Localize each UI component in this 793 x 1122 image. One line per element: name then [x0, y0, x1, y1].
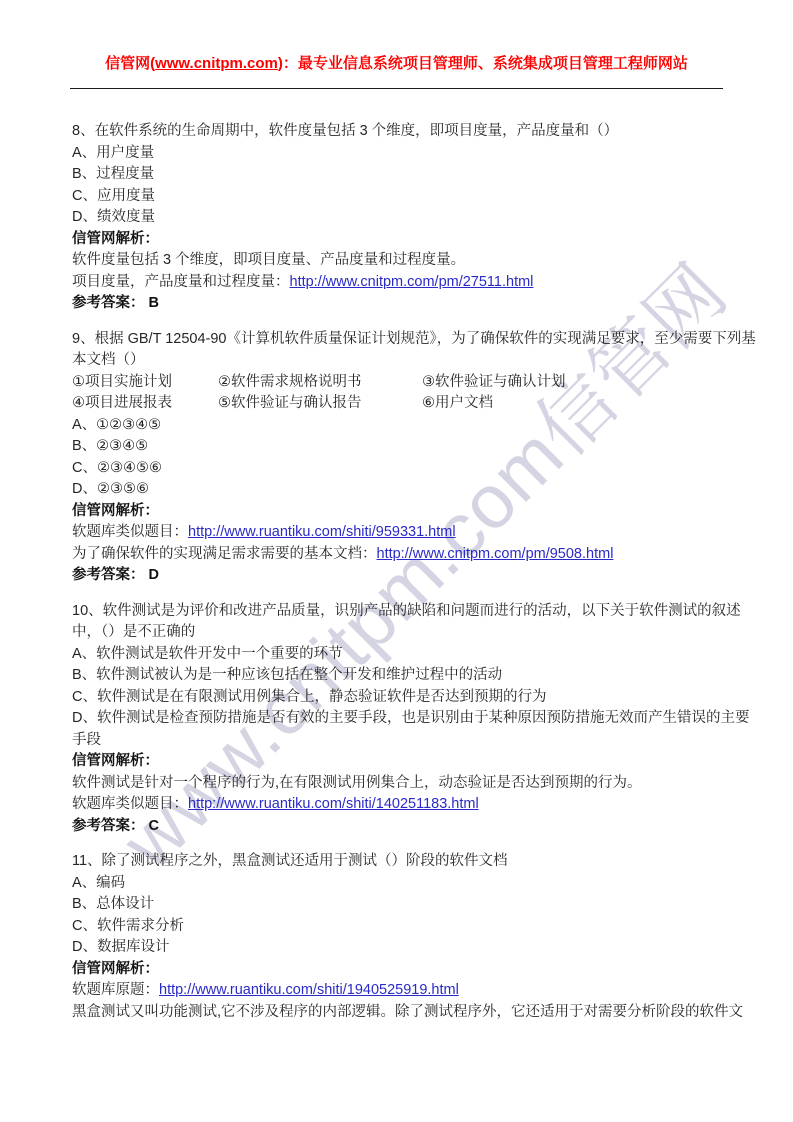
question-9-stem-line2: 本文档（） — [72, 350, 727, 372]
question-10-analysis-link-line: 软题库类似题目：http://www.ruantiku.com/shiti/14… — [72, 794, 727, 816]
hyperlink[interactable]: http://www.ruantiku.com/shiti/140251183.… — [188, 796, 479, 812]
bold-text: C — [149, 818, 159, 834]
question-11-option-c: C、软件需求分析 — [72, 916, 727, 938]
text: B、软件测试被认为是一种应该包括在整个开发和维护过程中的活动 — [72, 667, 502, 683]
text: C、软件需求分析 — [72, 918, 184, 934]
question-10-analysis-text: 软件测试是针对一个程序的行为,在有限测试用例集合上，动态验证是否达到预期的行为。 — [72, 773, 727, 795]
hyperlink[interactable]: http://www.ruantiku.com/shiti/1940525919… — [159, 982, 459, 998]
question-11-analysis-link-line: 软题库原题：http://www.ruantiku.com/shiti/1940… — [72, 980, 727, 1002]
text: 黑盒测试又叫功能测试,它不涉及程序的内部逻辑。除了测试程序外，它还适用于对需要分… — [72, 1004, 743, 1020]
question-9-analysis-link-line1: 软题库类似题目：http://www.ruantiku.com/shiti/95… — [72, 522, 727, 544]
header-banner: 信管网(www.cnitpm.com)：最专业信息系统项目管理师、系统集成项目管… — [0, 52, 793, 73]
question-10-option-b: B、软件测试被认为是一种应该包括在整个开发和维护过程中的活动 — [72, 665, 727, 687]
text: 手段 — [72, 732, 101, 748]
text: A、软件测试是软件开发中一个重要的环节 — [72, 646, 343, 662]
question-11-analysis-text: 黑盒测试又叫功能测试,它不涉及程序的内部逻辑。除了测试程序外，它还适用于对需要分… — [72, 1002, 727, 1024]
bold-text: 信管网解析： — [72, 231, 159, 247]
text: 8、在软件系统的生命周期中，软件度量包括 3 个维度，即项目度量，产品度量和（） — [72, 123, 618, 139]
question-8-option-b: B、过程度量 — [72, 164, 727, 186]
text: B、总体设计 — [72, 896, 154, 912]
text: A、用户度量 — [72, 145, 154, 161]
text: 11、除了测试程序之外，黑盒测试还适用于测试（）阶段的软件文档 — [72, 853, 508, 869]
question-9-option-d: D、②③⑤⑥ — [72, 479, 727, 501]
text: ③软件验证与确认计划 — [422, 372, 566, 394]
question-10-option-d-line2: 手段 — [72, 730, 727, 752]
text: ④项目进展报表 — [72, 393, 218, 415]
text: 软件度量包括 3 个维度，即项目度量、产品度量和过程度量。 — [72, 252, 465, 268]
text: C、②③④⑤⑥ — [72, 460, 162, 476]
text: 为了确保软件的实现满足需求需要的基本文档： — [72, 546, 377, 562]
text: D、②③⑤⑥ — [72, 481, 149, 497]
question-10-option-d-line1: D、软件测试是检查预防措施是否有效的主要手段，也是识别由于某种原因预防措施无效而… — [72, 708, 727, 730]
question-11-option-d: D、数据库设计 — [72, 937, 727, 959]
question-8-analysis-link-line: 项目度量，产品度量和过程度量：http://www.cnitpm.com/pm/… — [72, 272, 727, 294]
question-8-option-d: D、绩效度量 — [72, 207, 727, 229]
text: 软件测试是针对一个程序的行为,在有限测试用例集合上，动态验证是否达到预期的行为。 — [72, 775, 642, 791]
question-9: 9、根据 GB/T 12504-90《计算机软件质量保证计划规范》，为了确保软件… — [72, 329, 727, 587]
bold-text: B — [149, 295, 159, 311]
question-9-analysis-label: 信管网解析： — [72, 501, 727, 523]
question-10-answer-line: 参考答案： C — [72, 816, 727, 838]
question-list: 8、在软件系统的生命周期中，软件度量包括 3 个维度，即项目度量，产品度量和（）… — [72, 121, 727, 1023]
hyperlink[interactable]: http://www.cnitpm.com/pm/9508.html — [377, 546, 614, 562]
text: ②软件需求规格说明书 — [218, 372, 422, 394]
question-8-answer-line: 参考答案： B — [72, 293, 727, 315]
question-9-option-c: C、②③④⑤⑥ — [72, 458, 727, 480]
text: B、过程度量 — [72, 166, 154, 182]
question-8-analysis-text: 软件度量包括 3 个维度，即项目度量、产品度量和过程度量。 — [72, 250, 727, 272]
text: ①项目实施计划 — [72, 372, 218, 394]
text: A、编码 — [72, 875, 125, 891]
bold-text: 参考答案： — [72, 295, 145, 311]
question-11: 11、除了测试程序之外，黑盒测试还适用于测试（）阶段的软件文档A、编码B、总体设… — [72, 851, 727, 1023]
question-10-analysis-label: 信管网解析： — [72, 751, 727, 773]
header-suffix: )：最专业信息系统项目管理师、系统集成项目管理工程师网站 — [278, 55, 688, 72]
text: ⑤软件验证与确认报告 — [218, 393, 422, 415]
hyperlink[interactable]: http://www.ruantiku.com/shiti/959331.htm… — [188, 524, 456, 540]
text: 软题库类似题目： — [72, 524, 188, 540]
question-10-option-c: C、软件测试是在有限测试用例集合上，静态验证软件是否达到预期的行为 — [72, 687, 727, 709]
hyperlink[interactable]: http://www.cnitpm.com/pm/27511.html — [290, 274, 534, 290]
question-11-analysis-label: 信管网解析： — [72, 959, 727, 981]
question-8-analysis-label: 信管网解析： — [72, 229, 727, 251]
question-11-option-b: B、总体设计 — [72, 894, 727, 916]
question-9-stem-line1: 9、根据 GB/T 12504-90《计算机软件质量保证计划规范》，为了确保软件… — [72, 329, 727, 351]
bold-text: 信管网解析： — [72, 503, 159, 519]
text: 中，（）是不正确的 — [72, 624, 195, 640]
bold-text: D — [149, 567, 159, 583]
text: B、②③④⑤ — [72, 438, 148, 454]
question-9-answer-line: 参考答案： D — [72, 565, 727, 587]
question-8-option-c: C、应用度量 — [72, 186, 727, 208]
text: D、软件测试是检查预防措施是否有效的主要手段，也是识别由于某种原因预防措施无效而… — [72, 710, 749, 726]
bold-text: 信管网解析： — [72, 961, 159, 977]
question-8-option-a: A、用户度量 — [72, 143, 727, 165]
site-url-link[interactable]: www.cnitpm.com — [155, 55, 278, 72]
header-prefix: 信管网( — [105, 55, 155, 72]
text: 项目度量，产品度量和过程度量： — [72, 274, 290, 290]
question-10-stem-line2: 中，（）是不正确的 — [72, 622, 727, 644]
question-9-doc-row2: ④项目进展报表⑤软件验证与确认报告⑥用户文档 — [72, 393, 727, 415]
question-9-doc-row1: ①项目实施计划②软件需求规格说明书③软件验证与确认计划 — [72, 372, 727, 394]
text: A、①②③④⑤ — [72, 417, 161, 433]
question-11-stem: 11、除了测试程序之外，黑盒测试还适用于测试（）阶段的软件文档 — [72, 851, 727, 873]
question-10-option-a: A、软件测试是软件开发中一个重要的环节 — [72, 644, 727, 666]
text: 本文档（） — [72, 352, 145, 368]
text: 9、根据 GB/T 12504-90《计算机软件质量保证计划规范》，为了确保软件… — [72, 331, 756, 347]
text: C、软件测试是在有限测试用例集合上，静态验证软件是否达到预期的行为 — [72, 689, 546, 705]
text: C、应用度量 — [72, 188, 155, 204]
question-10: 10、软件测试是为评价和改进产品质量，识别产品的缺陷和问题而进行的活动，以下关于… — [72, 601, 727, 838]
text: 软题库类似题目： — [72, 796, 188, 812]
question-9-option-b: B、②③④⑤ — [72, 436, 727, 458]
bold-text: 参考答案： — [72, 567, 145, 583]
text: 软题库原题： — [72, 982, 159, 998]
question-8-stem: 8、在软件系统的生命周期中，软件度量包括 3 个维度，即项目度量，产品度量和（） — [72, 121, 727, 143]
question-10-stem-line1: 10、软件测试是为评价和改进产品质量，识别产品的缺陷和问题而进行的活动，以下关于… — [72, 601, 727, 623]
question-9-option-a: A、①②③④⑤ — [72, 415, 727, 437]
bold-text: 信管网解析： — [72, 753, 159, 769]
text: 10、软件测试是为评价和改进产品质量，识别产品的缺陷和问题而进行的活动，以下关于… — [72, 603, 741, 619]
bold-text: 参考答案： — [72, 818, 145, 834]
text: D、数据库设计 — [72, 939, 169, 955]
question-8: 8、在软件系统的生命周期中，软件度量包括 3 个维度，即项目度量，产品度量和（）… — [72, 121, 727, 315]
text: D、绩效度量 — [72, 209, 155, 225]
question-11-option-a: A、编码 — [72, 873, 727, 895]
question-9-analysis-link-line2: 为了确保软件的实现满足需求需要的基本文档：http://www.cnitpm.c… — [72, 544, 727, 566]
header-divider-line — [70, 88, 723, 89]
text: ⑥用户文档 — [422, 393, 493, 415]
